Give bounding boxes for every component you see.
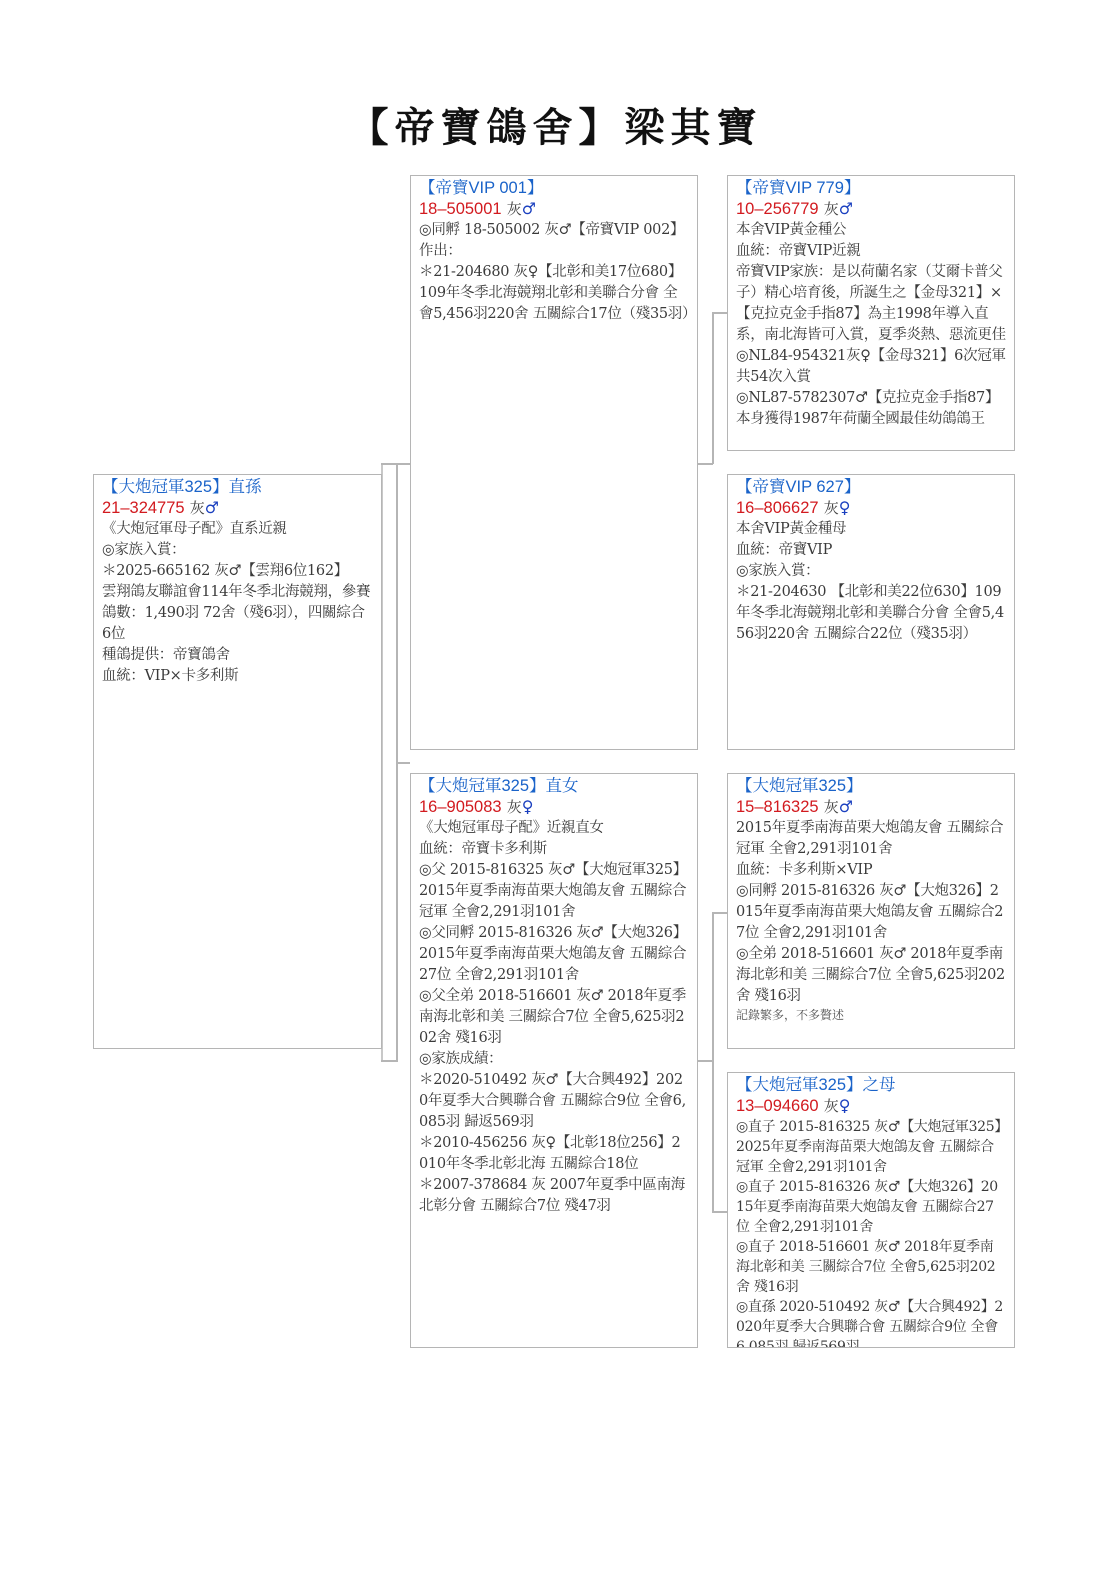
ring-line: 13–094660 灰♀: [736, 1095, 1006, 1117]
connector-line: [712, 312, 714, 464]
ring-number: 18–505001: [419, 200, 502, 218]
connector-line: [712, 912, 727, 914]
feather-color: 灰: [507, 798, 522, 816]
pigeon-card-sire-sire: 【帝寶VIP 779】 10–256779 灰♂ 本舍VIP黃金種公 血統：帝寶…: [727, 175, 1015, 451]
pigeon-card-dam-dam: 【大炮冠軍325】之母 13–094660 灰♀ ◎直子 2015-816325…: [727, 1072, 1015, 1348]
ring-number: 16–806627: [736, 499, 819, 517]
female-icon: ♀: [839, 1096, 851, 1115]
connector-line: [381, 1060, 397, 1062]
ring-line: 10–256779 灰♂: [736, 198, 1006, 220]
ring-line: 18–505001 灰♂: [419, 198, 689, 220]
feather-color: 灰: [507, 200, 522, 218]
connector-line: [712, 312, 727, 314]
connector-line: [712, 912, 714, 1212]
ring-line: 16–806627 灰♀: [736, 497, 1006, 519]
male-icon: ♂: [839, 199, 853, 218]
pigeon-description: 《大炮冠軍母子配》近親直女 血統：帝寶卡多利斯 ◎父 2015-816325 灰…: [419, 818, 689, 1217]
ring-number: 13–094660: [736, 1097, 819, 1115]
pigeon-description: 2015年夏季南海苗栗大炮鴿友會 五關綜合冠軍 全會2,291羽101舍 血統：…: [736, 818, 1006, 1007]
ring-number: 16–905083: [419, 798, 502, 816]
pigeon-card-sire: 【帝寶VIP 001】 18–505001 灰♂ ◎同孵 18-505002 灰…: [410, 175, 698, 750]
pigeon-description: 本舍VIP黃金種母 血統：帝寶VIP ◎家族入賞： ＊21-204630 【北彰…: [736, 519, 1006, 645]
female-icon: ♀: [839, 498, 851, 517]
connector-line: [396, 463, 410, 465]
connector-line: [697, 463, 713, 465]
ring-number: 10–256779: [736, 200, 819, 218]
feather-color: 灰: [824, 1097, 839, 1115]
connector-line: [697, 1060, 713, 1062]
connector-line: [381, 463, 397, 465]
feather-color: 灰: [190, 499, 205, 517]
pigeon-card-subject: 【大炮冠軍325】直孫 21–324775 灰♂ 《大炮冠軍母子配》直系近親 ◎…: [93, 474, 382, 1049]
male-icon: ♂: [839, 797, 853, 816]
pigeon-name: 【大炮冠軍325】: [736, 776, 1006, 796]
connector-line: [712, 1211, 727, 1213]
pigeon-card-sire-dam: 【帝寶VIP 627】 16–806627 灰♀ 本舍VIP黃金種母 血統：帝寶…: [727, 474, 1015, 750]
pigeon-name: 【大炮冠軍325】直孫: [102, 477, 373, 497]
male-icon: ♂: [522, 199, 536, 218]
pigeon-description: 本舍VIP黃金種公 血統：帝寶VIP近親 帝寶VIP家族：是以荷蘭名家（艾爾卡普…: [736, 220, 1006, 430]
ring-number: 15–816325: [736, 798, 819, 816]
pigeon-description: 《大炮冠軍母子配》直系近親 ◎家族入賞： ＊2025-665162 灰♂【雲翔6…: [102, 519, 373, 687]
female-icon: ♀: [522, 797, 534, 816]
pigeon-name: 【大炮冠軍325】之母: [736, 1075, 1006, 1095]
feather-color: 灰: [824, 200, 839, 218]
pigeon-name: 【大炮冠軍325】直女: [419, 776, 689, 796]
ring-line: 16–905083 灰♀: [419, 796, 689, 818]
pigeon-name: 【帝寶VIP 627】: [736, 477, 1006, 497]
ring-line: 15–816325 灰♂: [736, 796, 1006, 818]
pigeon-description: ◎直子 2015-816325 灰♂【大炮冠軍325】2025年夏季南海苗栗大炮…: [736, 1117, 1006, 1348]
pigeon-card-dam: 【大炮冠軍325】直女 16–905083 灰♀ 《大炮冠軍母子配》近親直女 血…: [410, 773, 698, 1348]
connector-line: [396, 762, 398, 1062]
connector-line: [396, 762, 410, 764]
ring-line: 21–324775 灰♂: [102, 497, 373, 519]
male-icon: ♂: [205, 498, 219, 517]
pigeon-note: 記錄繁多，不多贅述: [736, 1007, 1006, 1023]
feather-color: 灰: [824, 499, 839, 517]
pigeon-name: 【帝寶VIP 779】: [736, 178, 1006, 198]
feather-color: 灰: [824, 798, 839, 816]
pigeon-card-dam-sire: 【大炮冠軍325】 15–816325 灰♂ 2015年夏季南海苗栗大炮鴿友會 …: [727, 773, 1015, 1049]
connector-line: [396, 463, 398, 763]
pigeon-name: 【帝寶VIP 001】: [419, 178, 689, 198]
ring-number: 21–324775: [102, 499, 185, 517]
pigeon-description: ◎同孵 18-505002 灰♂【帝寶VIP 002】作出： ＊21-20468…: [419, 220, 689, 325]
page-title: 【帝寶鴿舍】梁其寶: [0, 96, 1111, 153]
